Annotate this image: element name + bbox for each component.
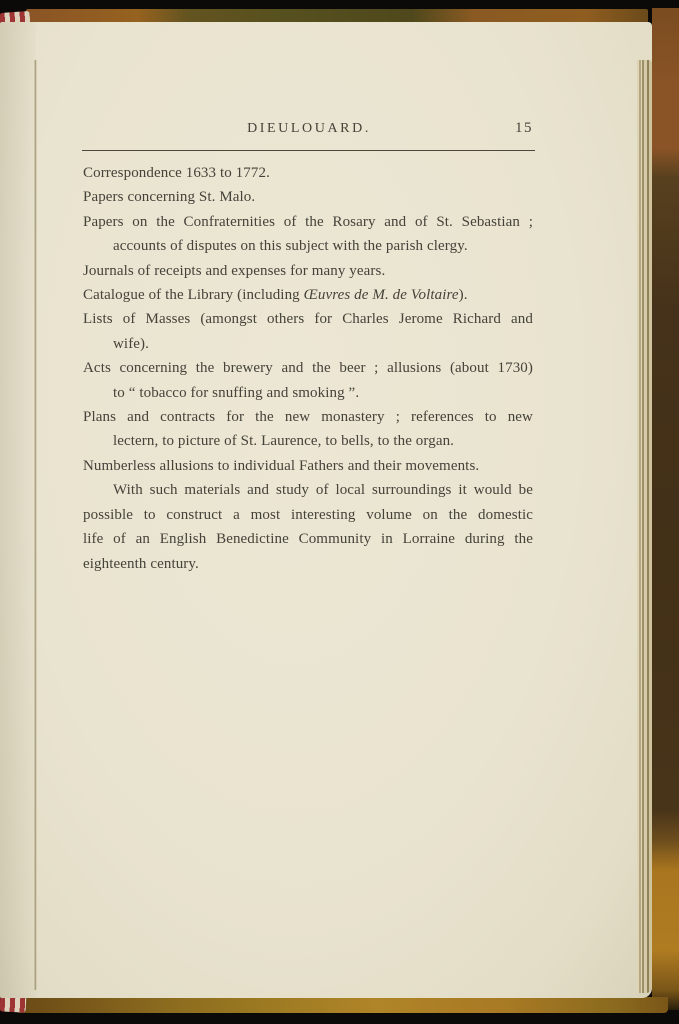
text-segment: possible to construct a most interesting… xyxy=(83,507,533,523)
text-line: possible to construct a most interesting… xyxy=(83,503,533,527)
text-segment: Lists of Masses (amongst others for Char… xyxy=(83,311,533,327)
text-line: life of an English Benedictine Community… xyxy=(83,527,533,551)
text-line: Plans and contracts for the new monaster… xyxy=(83,405,533,429)
text-segment: Plans and contracts for the new monaster… xyxy=(83,409,533,425)
book-cover-right-edge xyxy=(652,8,679,1010)
text-line: Lists of Masses (amongst others for Char… xyxy=(83,307,533,331)
text-segment: lectern, to picture of St. Laurence, to … xyxy=(113,433,454,449)
book-page: DIEULOUARD. 15 Correspondence 1633 to 17… xyxy=(0,22,652,998)
text-segment: Journals of receipts and expenses for ma… xyxy=(83,263,385,279)
book-cover-bottom-edge xyxy=(18,997,668,1013)
text-segment: ). xyxy=(459,287,468,303)
page-title: DIEULOUARD. xyxy=(83,121,535,137)
text-segment: Papers on the Confraternities of the Ros… xyxy=(83,214,533,230)
text-line: Catalogue of the Library (including Œuvr… xyxy=(83,283,533,307)
text-segment: Acts concerning the brewery and the beer… xyxy=(83,360,533,376)
text-line: Journals of receipts and expenses for ma… xyxy=(83,259,533,283)
text-line: lectern, to picture of St. Laurence, to … xyxy=(83,429,533,453)
text-line: eighteenth century. xyxy=(83,552,533,576)
header-rule xyxy=(82,150,535,151)
text-line: With such materials and study of local s… xyxy=(83,478,533,502)
text-line: Papers on the Confraternities of the Ros… xyxy=(83,210,533,234)
text-segment: Catalogue of the Library (including xyxy=(83,287,304,303)
text-segment: to “ tobacco for snuffing and smoking ”. xyxy=(113,385,359,401)
text-segment: wife). xyxy=(113,336,149,352)
book-cover-top-edge xyxy=(26,9,648,23)
text-segment: accounts of disputes on this subject wit… xyxy=(113,238,468,254)
text-line: Acts concerning the brewery and the beer… xyxy=(83,356,533,380)
text-segment: Papers concerning St. Malo. xyxy=(83,189,255,205)
text-line: Papers concerning St. Malo. xyxy=(83,185,533,209)
page-number: 15 xyxy=(515,120,533,137)
gutter-crease xyxy=(34,60,37,990)
page-stack-edges xyxy=(637,60,652,993)
text-line: to “ tobacco for snuffing and smoking ”. xyxy=(83,381,533,405)
page-text: Correspondence 1633 to 1772.Papers conce… xyxy=(83,161,533,576)
text-line: wife). xyxy=(83,332,533,356)
text-segment: eighteenth century. xyxy=(83,556,199,572)
text-segment: life of an English Benedictine Community… xyxy=(83,531,533,547)
text-segment: With such materials and study of local s… xyxy=(113,482,533,498)
gutter-shadow xyxy=(0,22,36,998)
text-line: accounts of disputes on this subject wit… xyxy=(83,234,533,258)
book-scan: DIEULOUARD. 15 Correspondence 1633 to 17… xyxy=(0,0,679,1024)
italic-text-segment: Œuvres de M. de Voltaire xyxy=(304,287,459,303)
text-segment: Correspondence 1633 to 1772. xyxy=(83,165,270,181)
running-header: DIEULOUARD. 15 xyxy=(83,121,535,139)
text-line: Numberless allusions to individual Fathe… xyxy=(83,454,533,478)
text-segment: Numberless allusions to individual Fathe… xyxy=(83,458,479,474)
text-line: Correspondence 1633 to 1772. xyxy=(83,161,533,185)
